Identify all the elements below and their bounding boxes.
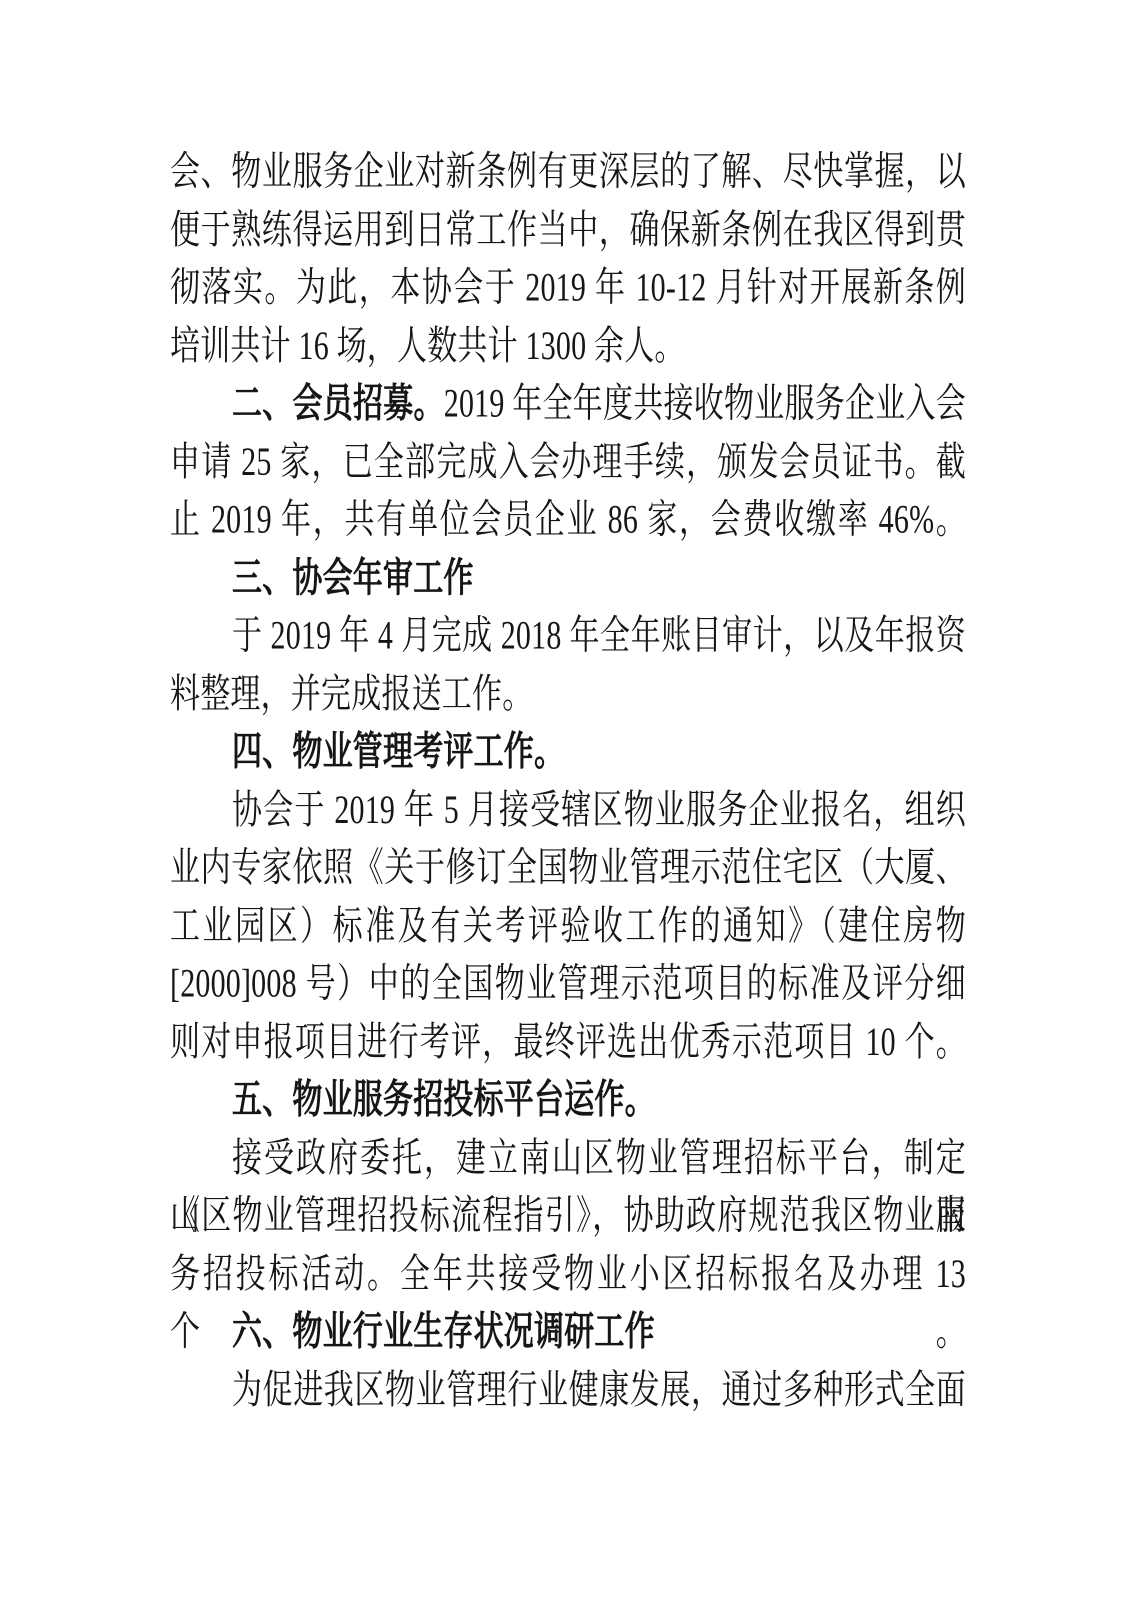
paragraph-line: 止 2019 年，共有单位会员企业 86 家，会费收缴率 46%。	[170, 491, 966, 549]
document-page: 会、物业服务企业对新条例有更深层的了解、尽快掌握，以 便于熟练得运用到日常工作当…	[0, 0, 1131, 1600]
document-text-block: 会、物业服务企业对新条例有更深层的了解、尽快掌握，以 便于熟练得运用到日常工作当…	[170, 143, 966, 1419]
paragraph-line: 彻落实。为此，本协会于 2019 年 10-12 月针对开展新条例	[170, 259, 966, 317]
paragraph-line: 培训共计 16 场，人数共计 1300 余人。	[170, 317, 966, 375]
paragraph-line: 则对申报项目进行考评，最终评选出优秀示范项目 10 个。	[170, 1013, 966, 1071]
section-heading-annual-review: 三、协会年审工作	[170, 549, 966, 607]
paragraph-line: 料整理，并完成报送工作。	[170, 665, 966, 723]
paragraph-line: [2000]008 号）中的全国物业管理示范项目的标准及评分细	[170, 955, 966, 1013]
paragraph-line: 于 2019 年 4 月完成 2018 年全年账目审计，以及年报资	[170, 607, 966, 665]
section-heading-bidding-platform: 五、物业服务招投标平台运作。	[170, 1071, 966, 1129]
paragraph-line: 接受政府委托，建立南山区物业管理招标平台，制定《南	[170, 1129, 966, 1187]
paragraph-line: 协会于 2019 年 5 月接受辖区物业服务企业报名，组织	[170, 781, 966, 839]
paragraph-line: 务招投标活动。全年共接受物业小区招标报名及办理 13 个。	[170, 1245, 966, 1303]
paragraph-line: 山区物业管理招投标流程指引》，协助政府规范我区物业服	[170, 1187, 966, 1245]
section-heading-property-evaluation: 四、物业管理考评工作。	[170, 723, 966, 781]
paragraph-text: 2019 年全年度共接收物业服务企业入会	[444, 382, 966, 426]
paragraph-line: 工业园区）标准及有关考评验收工作的通知》（建住房物	[170, 897, 966, 955]
section-heading-member-recruitment: 二、会员招募。2019 年全年度共接收物业服务企业入会	[170, 375, 966, 433]
paragraph-line: 业内专家依照《关于修订全国物业管理示范住宅区（大厦、	[170, 839, 966, 897]
paragraph-line: 为促进我区物业管理行业健康发展，通过多种形式全面	[170, 1361, 966, 1419]
paragraph-line: 便于熟练得运用到日常工作当中，确保新条例在我区得到贯	[170, 201, 966, 259]
paragraph-line: 申请 25 家，已全部完成入会办理手续，颁发会员证书。截	[170, 433, 966, 491]
paragraph-line: 会、物业服务企业对新条例有更深层的了解、尽快掌握，以	[170, 143, 966, 201]
heading-lead-text: 二、会员招募。	[232, 382, 444, 426]
